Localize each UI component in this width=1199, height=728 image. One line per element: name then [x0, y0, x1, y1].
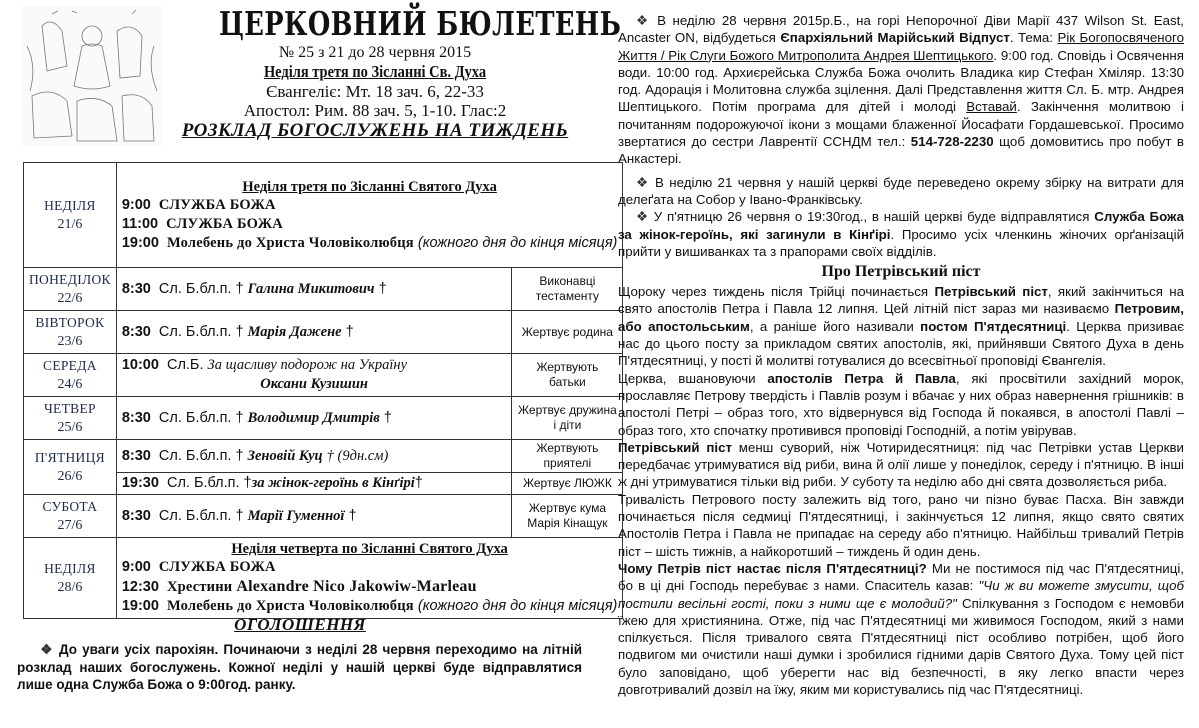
table-row: П'ЯТНИЦЯ 26/6 8:30 Сл. Б.бл.п. † Зеновій… — [24, 440, 623, 473]
article-paragraph: Петрівський піст менш суворий, ніж Чотир… — [618, 439, 1184, 491]
service-cell: Неділя третя по Зісланні Святого Духа 9:… — [116, 163, 623, 268]
service-time: 12:30 — [122, 579, 159, 595]
article-paragraph: Церква, вшановуючи апостолів Петра й Пав… — [618, 370, 1184, 439]
donor-note: Жертвує родина — [512, 311, 623, 354]
service-time: 19:00 — [122, 235, 159, 251]
cross-mark: † (9дн.см) — [327, 448, 389, 464]
table-row: НЕДІЛЯ 28/6 Неділя четверта по Зісланні … — [24, 538, 623, 619]
day-date: 22/6 — [29, 289, 111, 308]
sunday-title: Неділя третя по Зісланні Св. Духа — [205, 62, 545, 82]
donor-note: Жертвує кума Марія Кінащук — [512, 495, 623, 538]
day-date: 26/6 — [29, 467, 111, 486]
intention-name: Зеновій Куц — [248, 448, 323, 464]
bullet-icon: ❖ — [636, 209, 649, 224]
announcement-item: ❖ До уваги усіх парохіян. Починаючи з не… — [17, 641, 582, 694]
emphasis: апостолів Петра й Павла — [767, 371, 955, 386]
service-type: Сл. Б.бл.п. † — [159, 281, 244, 297]
service-name: СЛУЖБА БОЖА — [166, 216, 283, 232]
bulletin-title: ЦЕРКОВНИЙ БЮЛЕТЕНЬ — [219, 4, 531, 44]
day-date: 27/6 — [29, 516, 111, 535]
service-name: СЛУЖБА БОЖА — [159, 197, 276, 213]
phone-number: 514-728-2230 — [911, 134, 994, 149]
text: В неділю 21 червня у нашій церкві буде п… — [618, 175, 1184, 207]
bullet-icon: ❖ — [636, 175, 650, 190]
intention-name: Оксани Кузишин — [260, 376, 368, 392]
service-time: 9:00 — [122, 197, 151, 213]
donor-note: Жертвують батьки — [512, 354, 623, 397]
announcement-text: До уваги усіх парохіян. Починаючи з неді… — [17, 642, 582, 692]
program-name: Вставай — [966, 99, 1017, 114]
service-type: Сл. Б.бл.п. † — [167, 475, 252, 491]
table-row: ВІВТОРОК 23/6 8:30 Сл. Б.бл.п. † Марія Д… — [24, 311, 623, 354]
table-row: НЕДІЛЯ 21/6 Неділя третя по Зісланні Свя… — [24, 163, 623, 268]
text: , а раніше його називали — [750, 319, 920, 334]
intention-name: Марія Дажене — [248, 324, 342, 340]
service-time: 8:30 — [122, 448, 151, 464]
week-title: Неділя третя по Зісланні Святого Духа — [122, 178, 618, 196]
announcements-title: ОГОЛОШЕННЯ — [0, 615, 600, 635]
service-cell: 19:30 Сл. Б.бл.п. †за жінок-героїнь в Кі… — [116, 473, 512, 495]
service-name: Молебень до Христа Чоловіколюбця — [167, 598, 414, 614]
baptism-name: Alexandre Nico Jakowiw-Marleau — [236, 578, 476, 595]
intention-name: за жінок-героїнь в Кінґірі — [252, 475, 415, 491]
intention-name: Володимир Дмитрів — [248, 410, 380, 426]
emphasis: постом П'ятдесятниці — [920, 319, 1066, 334]
service-time: 8:30 — [122, 324, 151, 340]
text: У п'ятницю 26 червня о 19:30год., в наші… — [654, 209, 1094, 224]
article-paragraph: Тривалість Петрового посту залежить від … — [618, 491, 1184, 560]
day-cell: НЕДІЛЯ 21/6 — [24, 163, 117, 268]
issue-number: № 25 з 21 до 28 червня 2015 — [175, 44, 575, 62]
cross-mark: † — [348, 508, 356, 524]
day-name: НЕДІЛЯ — [29, 559, 111, 578]
intention-name: Галина Микитович — [248, 281, 375, 297]
day-name: ЧЕТВЕР — [29, 399, 111, 418]
day-date: 24/6 — [29, 375, 111, 394]
day-date: 28/6 — [29, 578, 111, 597]
donor-note: Жертвують приятелі — [512, 440, 623, 473]
bulletin-header: ЦЕРКОВНИЙ БЮЛЕТЕНЬ № 25 з 21 до 28 червн… — [175, 4, 575, 142]
service-time: 8:30 — [122, 508, 151, 524]
right-column: ❖ В неділю 28 червня 2015р.Б., на горі Н… — [618, 0, 1184, 728]
table-row: СЕРЕДА 24/6 10:00 Сл.Б. За щасливу подор… — [24, 354, 623, 397]
service-cell: 8:30 Сл. Б.бл.п. † Зеновій Куц † (9дн.см… — [116, 440, 512, 473]
service-cell: Неділя четверта по Зісланні Святого Духа… — [116, 538, 623, 619]
day-name: СЕРЕДА — [29, 356, 111, 375]
service-cell: 8:30 Сл. Б.бл.п. † Володимир Дмитрів † — [116, 397, 512, 440]
service-time: 11:00 — [122, 216, 158, 232]
icon-illustration — [22, 6, 162, 146]
service-name: Хрестини — [167, 579, 232, 595]
service-note: (кожного дня до кінця місяця) — [418, 235, 618, 251]
service-time: 8:30 — [122, 410, 151, 426]
day-date: 21/6 — [29, 215, 111, 234]
service-cell: 10:00 Сл.Б. За щасливу подорож на Україн… — [116, 354, 512, 397]
day-name: П'ЯТНИЦЯ — [29, 448, 111, 467]
gospel-reading: Євангеліє: Мт. 18 зач. 6, 22-33 — [175, 82, 575, 101]
service-type: Сл. Б.бл.п. † — [159, 324, 244, 340]
service-note: (кожного дня до кінця місяця) — [418, 598, 618, 614]
service-time: 19:30 — [122, 475, 159, 491]
service-time: 9:00 — [122, 559, 151, 575]
week-title: Неділя четверта по Зісланні Святого Духа — [122, 540, 618, 558]
article-paragraph: Чому Петрів піст настає після П'ятдесятн… — [618, 560, 1184, 698]
text: Церква, вшановуючи — [618, 371, 767, 386]
announcement-item: ❖ В неділю 21 червня у нашій церкві буде… — [618, 174, 1184, 209]
event-name: Єпархіяльний Марійський Відпуст — [780, 30, 1010, 45]
schedule-title: РОЗКЛАД БОГОСЛУЖЕНЬ НА ТИЖДЕНЬ — [175, 120, 575, 142]
service-cell: 8:30 Сл. Б.бл.п. † Галина Микитович † — [116, 268, 512, 311]
emphasis: Петрівський піст — [618, 440, 732, 455]
service-type: Сл. Б.бл.п. † — [159, 448, 244, 464]
question: Чому Петрів піст настає після П'ятдесятн… — [618, 561, 927, 576]
cross-mark: † — [346, 324, 354, 340]
service-time: 8:30 — [122, 281, 151, 297]
day-name: СУБОТА — [29, 497, 111, 516]
text: Щороку через тиждень після Трійці почина… — [618, 284, 934, 299]
day-cell: НЕДІЛЯ 28/6 — [24, 538, 117, 619]
service-time: 10:00 — [122, 357, 159, 373]
announcement-item: ❖ У п'ятницю 26 червня о 19:30год., в на… — [618, 208, 1184, 260]
day-date: 25/6 — [29, 418, 111, 437]
announcement-item: ❖ В неділю 28 червня 2015р.Б., на горі Н… — [618, 12, 1184, 168]
day-cell: СУБОТА 27/6 — [24, 495, 117, 538]
day-cell: ВІВТОРОК 23/6 — [24, 311, 117, 354]
service-cell: 8:30 Сл. Б.бл.п. † Марія Дажене † — [116, 311, 512, 354]
donor-note: Жертвує дружина і діти — [512, 397, 623, 440]
bullet-icon: ❖ — [39, 642, 54, 657]
article-title: Про Петрівський піст — [618, 262, 1184, 282]
left-column: ЦЕРКОВНИЙ БЮЛЕТЕНЬ № 25 з 21 до 28 червн… — [0, 0, 600, 728]
service-time: 19:00 — [122, 598, 159, 614]
day-cell: П'ЯТНИЦЯ 26/6 — [24, 440, 117, 495]
service-type: Сл. Б.бл.п. † — [159, 410, 244, 426]
intention-name: Марії Гуменної — [248, 508, 345, 524]
service-type: Сл.Б. — [167, 357, 204, 373]
apostle-reading: Апостол: Рим. 88 зач. 5, 1-10. Глас:2 — [175, 101, 575, 120]
day-cell: СЕРЕДА 24/6 — [24, 354, 117, 397]
intention-text: За щасливу подорож на Україну — [208, 357, 408, 373]
donor-note: Виконавці тестаменту — [512, 268, 623, 311]
service-name: СЛУЖБА БОЖА — [159, 559, 276, 575]
day-date: 23/6 — [29, 332, 111, 351]
text: . Тема: — [1010, 30, 1058, 45]
table-row: ПОНЕДІЛОК 22/6 8:30 Сл. Б.бл.п. † Галина… — [24, 268, 623, 311]
day-cell: ПОНЕДІЛОК 22/6 — [24, 268, 117, 311]
cross-mark: † — [415, 475, 423, 491]
emphasis: Петрівський піст — [934, 284, 1047, 299]
cross-mark: † — [384, 410, 392, 426]
service-schedule-table: НЕДІЛЯ 21/6 Неділя третя по Зісланні Свя… — [23, 162, 623, 619]
service-name: Молебень до Христа Чоловіколюбця — [167, 235, 414, 251]
day-cell: ЧЕТВЕР 25/6 — [24, 397, 117, 440]
article-paragraph: Щороку через тиждень після Трійці почина… — [618, 283, 1184, 369]
day-name: ПОНЕДІЛОК — [29, 270, 111, 289]
table-row: ЧЕТВЕР 25/6 8:30 Сл. Б.бл.п. † Володимир… — [24, 397, 623, 440]
donor-note: Жертвує ЛЮЖК — [512, 473, 623, 495]
service-cell: 8:30 Сл. Б.бл.п. † Марії Гуменної † — [116, 495, 512, 538]
day-name: НЕДІЛЯ — [29, 196, 111, 215]
bullet-icon: ❖ — [636, 13, 651, 28]
cross-mark: † — [379, 281, 387, 297]
table-row: СУБОТА 27/6 8:30 Сл. Б.бл.п. † Марії Гум… — [24, 495, 623, 538]
service-type: Сл. Б.бл.п. † — [159, 508, 244, 524]
day-name: ВІВТОРОК — [29, 313, 111, 332]
